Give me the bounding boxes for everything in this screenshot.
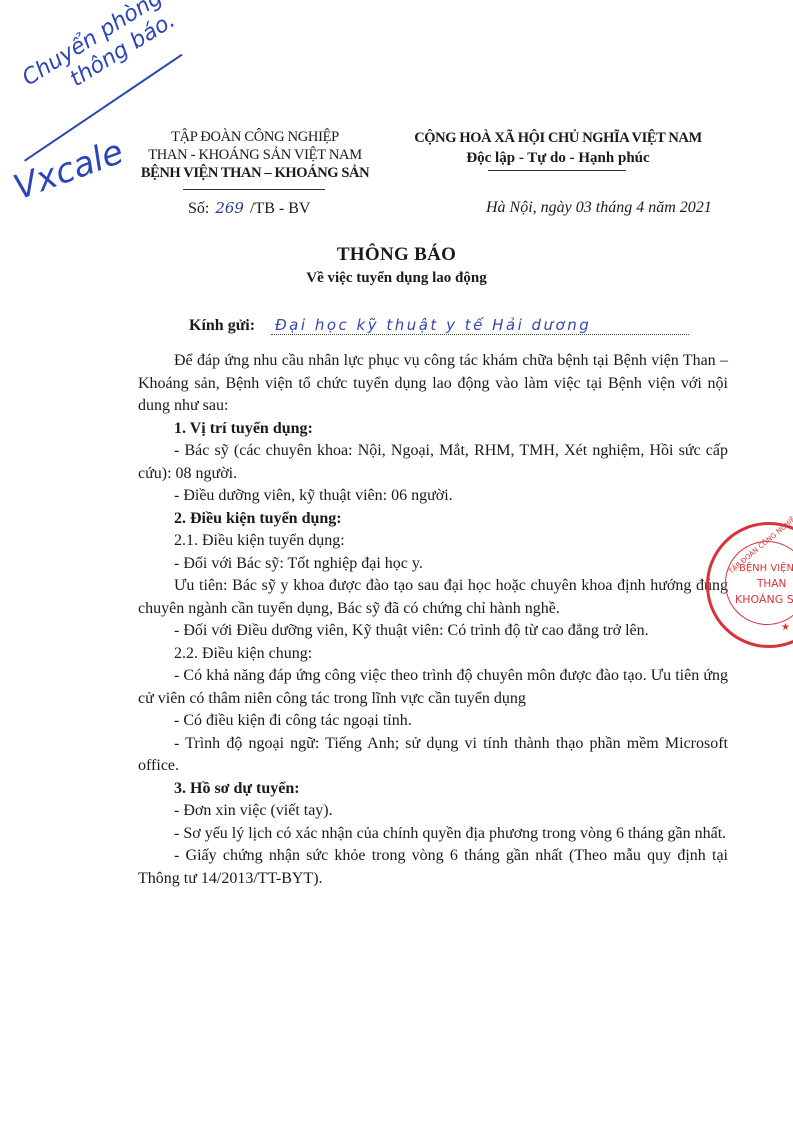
recipient-label: Kính gửi: (189, 317, 255, 335)
intro-paragraph: Để đáp ứng nhu cầu nhân lực phục vụ công… (138, 350, 728, 418)
section-3-item: - Giấy chứng nhận sức khỏe trong vòng 6 … (138, 845, 728, 890)
section-2-1-item: Ưu tiên: Bác sỹ y khoa được đào tạo sau … (138, 575, 728, 620)
section-2-2-item: - Trình độ ngoại ngữ: Tiếng Anh; sử dụng… (138, 733, 728, 778)
section-1-title: 1. Vị trí tuyển dụng: (138, 418, 728, 441)
section-3-item: - Đơn xin việc (viết tay). (138, 800, 728, 823)
section-2-title: 2. Điều kiện tuyển dụng: (138, 508, 728, 531)
section-2-2-item: - Có khả năng đáp ứng công việc theo trì… (138, 665, 728, 710)
stamp-line-3: KHOÁNG SẢN (735, 593, 793, 606)
recipient-line: Kính gửi: Đại học kỹ thuật y tế Hải dươn… (189, 316, 689, 335)
section-2-1-item: - Đối với Bác sỹ: Tốt nghiệp đại học y. (138, 553, 728, 576)
national-header: CỘNG HOÀ XÃ HỘI CHỦ NGHĨA VIỆT NAM Độc l… (398, 128, 718, 168)
section-3-title: 3. Hồ sơ dự tuyển: (138, 778, 728, 801)
stamp-star-icon: ★ (781, 622, 790, 633)
stamp-line-2: THAN (757, 578, 786, 590)
section-1-item: - Điều dưỡng viên, kỹ thuật viên: 06 ngư… (138, 485, 728, 508)
issue-date: Hà Nội, ngày 03 tháng 4 năm 2021 (486, 199, 712, 217)
document-title: THÔNG BÁO (0, 244, 793, 266)
stamp-line-1: BỆNH VIỆN (739, 563, 793, 574)
nation-name: CỘNG HOÀ XÃ HỘI CHỦ NGHĨA VIỆT NAM (398, 128, 718, 148)
recipient-value: Đại học kỹ thuật y tế Hải dương (271, 316, 689, 335)
hospital-name: BỆNH VIỆN THAN – KHOÁNG SẢN (130, 164, 380, 182)
motto-underline (488, 170, 626, 171)
section-2-1-item: - Đối với Điều dưỡng viên, Kỹ thuật viên… (138, 620, 728, 643)
issuer-header: TẬP ĐOÀN CÔNG NGHIỆP THAN - KHOÁNG SẢN V… (130, 128, 380, 182)
handwritten-signature: Vxcale (9, 132, 129, 208)
org-line-1: TẬP ĐOÀN CÔNG NGHIỆP (130, 128, 380, 146)
document-number-label: Số: (188, 200, 209, 217)
national-motto: Độc lập - Tự do - Hạnh phúc (398, 148, 718, 168)
section-2-2-item: - Có điều kiện đi công tác ngoại tỉnh. (138, 710, 728, 733)
document-number: Số:269/TB - BV (188, 199, 310, 218)
section-2-2-title: 2.2. Điều kiện chung: (138, 643, 728, 666)
document-subtitle: Về việc tuyển dụng lao động (0, 270, 793, 287)
org-line-2: THAN - KHOÁNG SẢN VIỆT NAM (130, 146, 380, 164)
document-body: Để đáp ứng nhu cầu nhân lực phục vụ công… (138, 350, 728, 890)
document-number-suffix: /TB - BV (250, 200, 310, 217)
section-1-item: - Bác sỹ (các chuyên khoa: Nội, Ngoại, M… (138, 440, 728, 485)
document-number-value: 269 (209, 199, 250, 217)
handwritten-note: Chuyển phòng CTSV thông báo. (18, 0, 236, 114)
issuer-divider (183, 189, 325, 190)
section-2-1-title: 2.1. Điều kiện tuyển dụng: (138, 530, 728, 553)
section-3-item: - Sơ yếu lý lịch có xác nhận của chính q… (138, 823, 728, 846)
